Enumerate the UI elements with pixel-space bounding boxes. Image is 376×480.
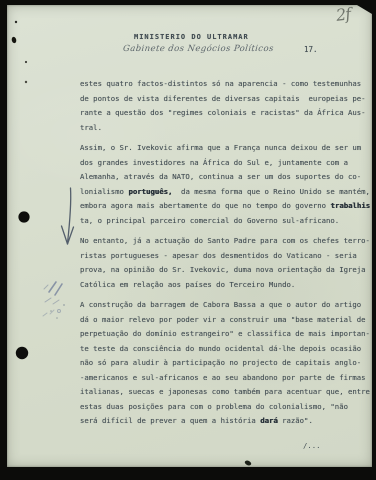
text-line: rante a questão dos "regimes coloniais e… [80,106,374,121]
overstruck-text: português, [128,187,172,196]
text-line: dá o maior relevo por poder vir a constr… [80,313,374,328]
ministry-header: MINISTERIO DO ULTRAMAR [134,33,249,41]
overstruck-text: trabalhis [330,201,370,210]
hole-punch [16,347,28,359]
department-letterhead: Gabinete dos Negócios Políticos [122,44,274,54]
text-line: Assim, o Sr. Ivekovic afirma que a Franç… [80,141,374,156]
text-line: No entanto, já a actuação do Santo Padre… [80,234,374,249]
text-line: ristas portugueses - apesar dos desmenti… [80,249,374,264]
margin-scribble [43,282,65,319]
page-number: 17. [304,45,318,54]
paragraph: Assim, o Sr. Ivekovic afirma que a Franç… [80,141,374,228]
handwritten-down-arrow [62,188,74,244]
text-line: de pontos de vista diferentes de diversa… [80,92,374,107]
text-line: tral. [80,121,374,136]
text-line: estas duas posições para com o problema … [80,400,374,415]
text-segment: da mesma forma que o Reino Unido se mant… [172,187,370,196]
text-line: te teste da consciência do mundo ocident… [80,342,374,357]
text-line: será difícil de prever a quem a história… [80,414,374,429]
text-line: dos grandes investidores na África do Su… [80,156,374,171]
page-corner-clip [357,5,372,14]
ink-speck [25,81,27,83]
text-line: não só para aludir à participação no pro… [80,356,374,371]
text-line: embora agora mais abertamente do que no … [80,199,374,214]
paragraph: No entanto, já a actuação do Santo Padre… [80,234,374,292]
text-line: -americanos e sul-africanos e ao seu aba… [80,371,374,386]
ink-speck [25,61,27,63]
text-line: Católica em relação aos países do Tercei… [80,278,374,293]
text-line: A construção da barragem de Cabora Bassa… [80,298,374,313]
text-segment: lonialismo [80,187,128,196]
ink-speck [11,36,17,43]
text-line: Alemanha, através da NATO, continua a se… [80,170,374,185]
text-line: prova, na opinião do Sr. Ivekovic, duma … [80,263,374,278]
ink-speck [244,460,252,467]
hole-punch [18,211,29,222]
text-segment: razão". [278,416,313,425]
continuation-mark: /... [303,441,321,450]
handwritten-folio-annotation: 2f [335,4,351,25]
paragraph: estes quatro factos-distintos só na apar… [80,77,374,135]
text-segment: embora agora mais abertamente do que no … [80,201,330,210]
text-line: ta, o principal parceiro comercial do Go… [80,214,374,229]
overstruck-text: dará [260,416,278,425]
paragraph: A construção da barragem de Cabora Bassa… [80,298,374,429]
ink-speck [15,21,17,23]
document-page: MINISTERIO DO ULTRAMAR Gabinete dos Negó… [7,5,372,467]
text-line: italianas, suecas e japonesas como també… [80,385,374,400]
text-line: estes quatro factos-distintos só na apar… [80,77,374,92]
text-line: perpetuação do domínio estrangeiro" e cl… [80,327,374,342]
body-text: estes quatro factos-distintos só na apar… [80,77,374,435]
text-segment: será difícil de prever a quem a história [80,416,260,425]
text-line: lonialismo português, da mesma forma que… [80,185,374,200]
scan-background: MINISTERIO DO ULTRAMAR Gabinete dos Negó… [0,0,376,480]
